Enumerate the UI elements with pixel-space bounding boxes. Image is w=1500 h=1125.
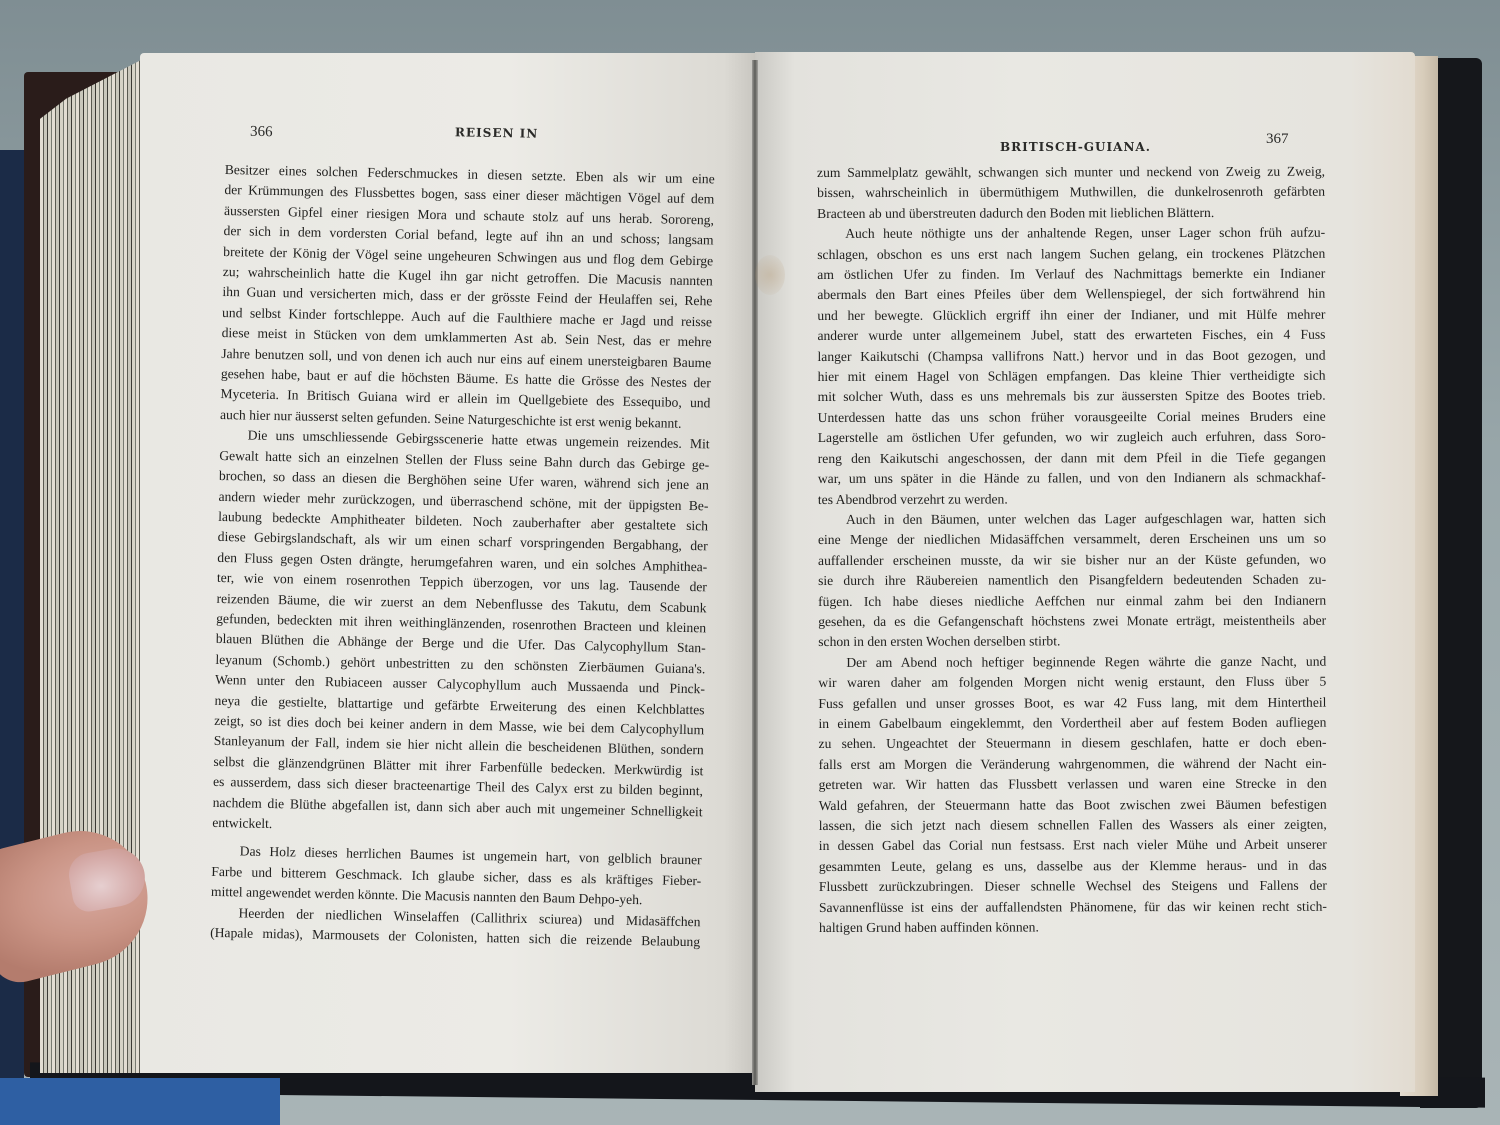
text-line: hier mit einem Hagel von Schlägen empfan… — [818, 366, 1326, 388]
left-page-number: 366 — [250, 124, 273, 141]
text-line: in einem Gabelbaum eingeklemmt, den Vord… — [818, 713, 1326, 735]
text-line: langer Kaikutschi (Champsa vallifrons Na… — [817, 345, 1325, 367]
text-line: war, um uns später in die Hände zu falle… — [818, 468, 1326, 490]
text-line: Auch in den Bäumen, unter welchen das La… — [818, 509, 1326, 531]
text-line: sie durch ihre Räubereien namentlich den… — [818, 570, 1326, 592]
paper-stain — [755, 255, 785, 295]
text-line: falls erst am Morgen die Veränderung wah… — [819, 753, 1327, 775]
text-line: in dessen Gabel das Corial nun festsass.… — [819, 835, 1327, 857]
text-line: Auch heute nöthigte uns der anhaltende R… — [817, 223, 1325, 245]
text-line: Wald gefahren, der Steuermann hatte das … — [819, 794, 1327, 816]
text-line: zu sehen. Ungeachtet der Steuermann in d… — [818, 733, 1326, 755]
text-line: und her bewegte. Glücklich ergriff ihn e… — [817, 305, 1325, 327]
text-line: schlagen, obschon es uns erst nach lange… — [817, 243, 1325, 265]
text-line: eine Menge der niedlichen Midasäffchen v… — [818, 529, 1326, 551]
text-line: auffallender erscheinen musste, da wir s… — [818, 549, 1326, 571]
text-line: Der am Abend noch heftiger beginnende Re… — [818, 651, 1326, 673]
text-line: schon in den ersten Wochen derselben sti… — [818, 631, 1326, 653]
blue-object — [0, 1078, 280, 1125]
text-line: abermals den Bart eines Pfeiles über dem… — [817, 284, 1325, 306]
text-line: Savannenflüsse ist eins der auffallendst… — [819, 896, 1327, 918]
right-page-number: 367 — [1266, 131, 1289, 148]
text-line: fügen. Ich habe dieses niedliche Aeffche… — [818, 590, 1326, 612]
text-line: Bracteen ab und überstreuten dadurch den… — [817, 202, 1325, 224]
text-line: anderer wurde unter allgemeinem Jubel, s… — [817, 325, 1325, 347]
right-running-head: BRITISCH-GUIANA. — [1000, 140, 1151, 154]
text-line: lassen, die sich jetzt nach diesem schne… — [819, 815, 1327, 837]
text-line: am östlichen Ufer zu finden. Im Verlauf … — [817, 264, 1325, 286]
text-line: haltigen Grund haben auffinden können. — [819, 917, 1327, 939]
text-line: gesehen, da es die Gefangenschaft höchst… — [818, 611, 1326, 633]
text-line: tes Abendbrod verzehrt zu werden. — [818, 488, 1326, 510]
left-page-body: Besitzer eines solchen Federschmuckes in… — [210, 160, 715, 953]
text-line: wir waren daher am folgenden Morgen nich… — [818, 672, 1326, 694]
text-line: Flussbett zurückzubringen. Dieser schnel… — [819, 876, 1327, 898]
text-line: Unterdessen hatte das uns schon früher v… — [818, 407, 1326, 429]
photo-scene: 366 REISEN IN BRITISCH-GUIANA. 367 Besit… — [0, 0, 1500, 1125]
text-line: gesammten Leute, gelang es uns, dasselbe… — [819, 855, 1327, 877]
text-line: Fuss gefallen und unser grosses Boot, es… — [818, 692, 1326, 714]
text-line: reng den Kaikutschi angeschossen, der da… — [818, 447, 1326, 469]
right-page-body: zum Sammelplatz gewählt, schwangen sich … — [817, 162, 1327, 939]
text-line: mit solcher Wuth, dass es uns mehremals … — [818, 386, 1326, 408]
text-line: Lagerstelle am östlichen Ufer gefunden, … — [818, 427, 1326, 449]
left-running-head: REISEN IN — [455, 125, 539, 140]
book-gutter — [752, 60, 758, 1085]
text-line: bissen, wahrscheinlich in übermüthigem M… — [817, 182, 1325, 204]
text-line: getreten war. Wir hatten das Flussbett v… — [819, 774, 1327, 796]
text-line: zum Sammelplatz gewählt, schwangen sich … — [817, 162, 1325, 184]
